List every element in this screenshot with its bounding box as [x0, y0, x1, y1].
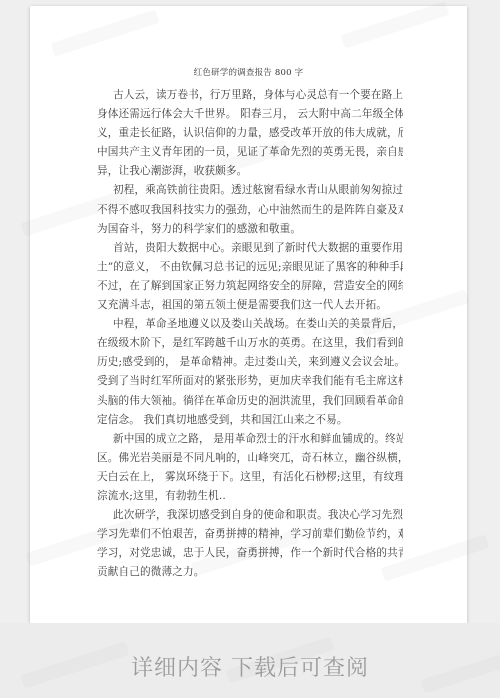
- text-line: 受到了当时红军所面对的紧张形势，更加庆幸我们能有毛主席这样一位有远见， 有能力，…: [97, 372, 403, 391]
- text-line: 历史;感受到的， 是革命精神。走过娄山关，来到遵义会议会址。在讲解员的介绍下，我…: [97, 353, 403, 372]
- text-line: 新中国的成立之路， 是用革命烈士的汗水和鲜血铺成的。终站，佛光岩赤水丹霞地貌景: [97, 430, 403, 449]
- document-page: 红色研学的调查报告 800 字 古人云，读万卷书，行万里路，身体与心灵总有一个要…: [30, 6, 467, 623]
- text-line: 又充满斗志，祖国的第五领土便是需要我们这一代人去开拓。: [97, 296, 403, 315]
- text-line: 头脑的伟大领袖。徜徉在革命历史的洄洪流里，我们回顾看革命的艰辛历程，心怀感激，坚: [97, 392, 403, 411]
- text-line: 在级级木阶下，是红军跨越千山万水的英勇。在这里，我们看到的， 是风景;领略到的，…: [97, 334, 403, 353]
- paragraph-big-data-center: 首站，贵阳大数据中心。亲眼见到了新时代大数据的重要作用，深刻体会到了“第五领 土…: [97, 239, 403, 315]
- text-line: 天白云在上， 雾岚环绕于下。这里，有活化石桫椤;这里，有纹理清晰的层积岩;这里，…: [97, 468, 403, 487]
- text-line: 此次研学，我深切感受到自身的使命和职责。我决心学习先烈前辈们对革命的无比忠诚，: [97, 506, 403, 525]
- text-line: 定信念。 我们真切地感受到，共和国江山来之不易。: [97, 411, 403, 430]
- text-line: 义，重走长征路，认识信仰的力量，感受改革开放的伟大成就，欣赏祖国的大好河山。作为: [97, 124, 403, 143]
- text-line: 不得不感叹我国科技实力的强劲，心中油然而生的是阵阵自豪及对一位又一位，一代又一代: [97, 201, 403, 220]
- paragraph-foguangyan: 新中国的成立之路， 是用革命烈士的汗水和鲜血铺成的。终站，佛光岩赤水丹霞地貌景 …: [97, 430, 403, 506]
- text-line: 为国奋斗，努力的科学家们的感激和敬重。: [97, 220, 403, 239]
- text-line: 初程，乘高铁前往贵阳。透过舷窗看绿水青山从眼前匆匆掠过，人却稳稳当当安坐车中，: [97, 181, 403, 200]
- text-line: 学习，对党忠诚，忠于人民，奋勇拼搏，作一个新时代合格的共青团员，为祖国的繁荣富强: [97, 544, 403, 563]
- text-line: 异，让我心潮澎湃，收获颇多。: [97, 162, 403, 181]
- text-line: 淙流水;这里，有勃勃生机..: [97, 487, 403, 506]
- text-line: 区。佛光岩美丽是不同凡响的，山峰突兀，奇石林立，幽谷纵横，绝壁千仞，峻美如画。蓝: [97, 449, 403, 468]
- paragraph-intro: 古人云，读万卷书，行万里路，身体与心灵总有一个要在路上，心灵在校经过了洗涤， 身…: [97, 86, 403, 181]
- document-body: 古人云，读万卷书，行万里路，身体与心灵总有一个要在路上，心灵在校经过了洗涤， 身…: [97, 86, 403, 582]
- download-prompt[interactable]: 详细内容 下载后可查阅: [0, 654, 500, 684]
- paragraph-first-leg: 初程，乘高铁前往贵阳。透过舷窗看绿水青山从眼前匆匆掠过，人却稳稳当当安坐车中， …: [97, 181, 403, 238]
- text-line: 学习先辈们不怕艰苦，奋勇拼搏的精神，学习前辈们勤俭节约，艰苦奋斗的革命精神。努力: [97, 525, 403, 544]
- text-line: 身体还需远行体会大千世界。 阳春三月， 云大附中高二年级全体师生启程， 前往红色…: [97, 105, 403, 124]
- text-line: 不过，在了解到国家正努力筑起网络安全的屏障，营造安全的网络环境，又放下心来。同时…: [97, 277, 403, 296]
- paragraph-zunyi: 中程，革命圣地遵义以及娄山关战场。在娄山关的美景背后，是红军奋勇杀敌的呐喊; 在…: [97, 315, 403, 430]
- text-line: 中程，革命圣地遵义以及娄山关战场。在娄山关的美景背后，是红军奋勇杀敌的呐喊;: [97, 315, 403, 334]
- paragraph-conclusion: 此次研学，我深切感受到自身的使命和职责。我决心学习先烈前辈们对革命的无比忠诚， …: [97, 506, 403, 582]
- text-line: 中国共产主义青年团的一员，见证了革命先烈的英勇无畏，亲自感受新时代科技的日新月: [97, 143, 403, 162]
- watermark: [341, 1, 450, 48]
- text-line: 贡献自己的微薄之力。: [97, 563, 403, 582]
- document-title: 红色研学的调查报告 800 字: [30, 67, 467, 79]
- text-line: 首站，贵阳大数据中心。亲眼见到了新时代大数据的重要作用，深刻体会到了“第五领: [97, 239, 403, 258]
- text-line: 古人云，读万卷书，行万里路，身体与心灵总有一个要在路上，心灵在校经过了洗涤，: [97, 86, 403, 105]
- watermark: [51, 9, 160, 56]
- text-line: 土”的意义， 不由钦佩习总书记的远见;亲眼见证了黑客的种种手段，心中不禁一阵后怕…: [97, 258, 403, 277]
